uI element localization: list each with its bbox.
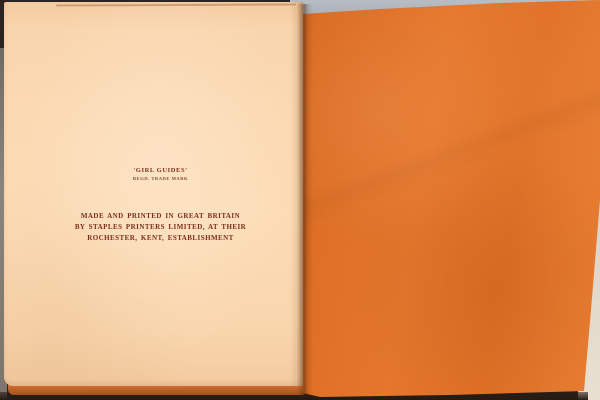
imprint-line: ROCHESTER, KENT, ESTABLISHMENT [18,233,303,244]
trademark-note: REGD. TRADE MARK [18,176,303,181]
imprint-line: MADE AND PRINTED IN GREAT BRITAIN [18,211,303,222]
imprint-line: BY STAPLES PRINTERS LIMITED, AT THEIR [18,222,303,233]
page-top-edge [56,3,296,6]
back-cover-page [300,0,600,400]
page-gutter-shadow [297,4,313,398]
left-page: 'GIRL GUIDES' REGD. TRADE MARK MADE AND … [4,2,303,386]
trademark-text: 'GIRL GUIDES' [18,167,303,174]
book-scan: 'GIRL GUIDES' REGD. TRADE MARK MADE AND … [0,0,600,400]
trademark-block: 'GIRL GUIDES' REGD. TRADE MARK [4,167,303,181]
imprint-block: MADE AND PRINTED IN GREAT BRITAIN BY STA… [4,211,303,243]
